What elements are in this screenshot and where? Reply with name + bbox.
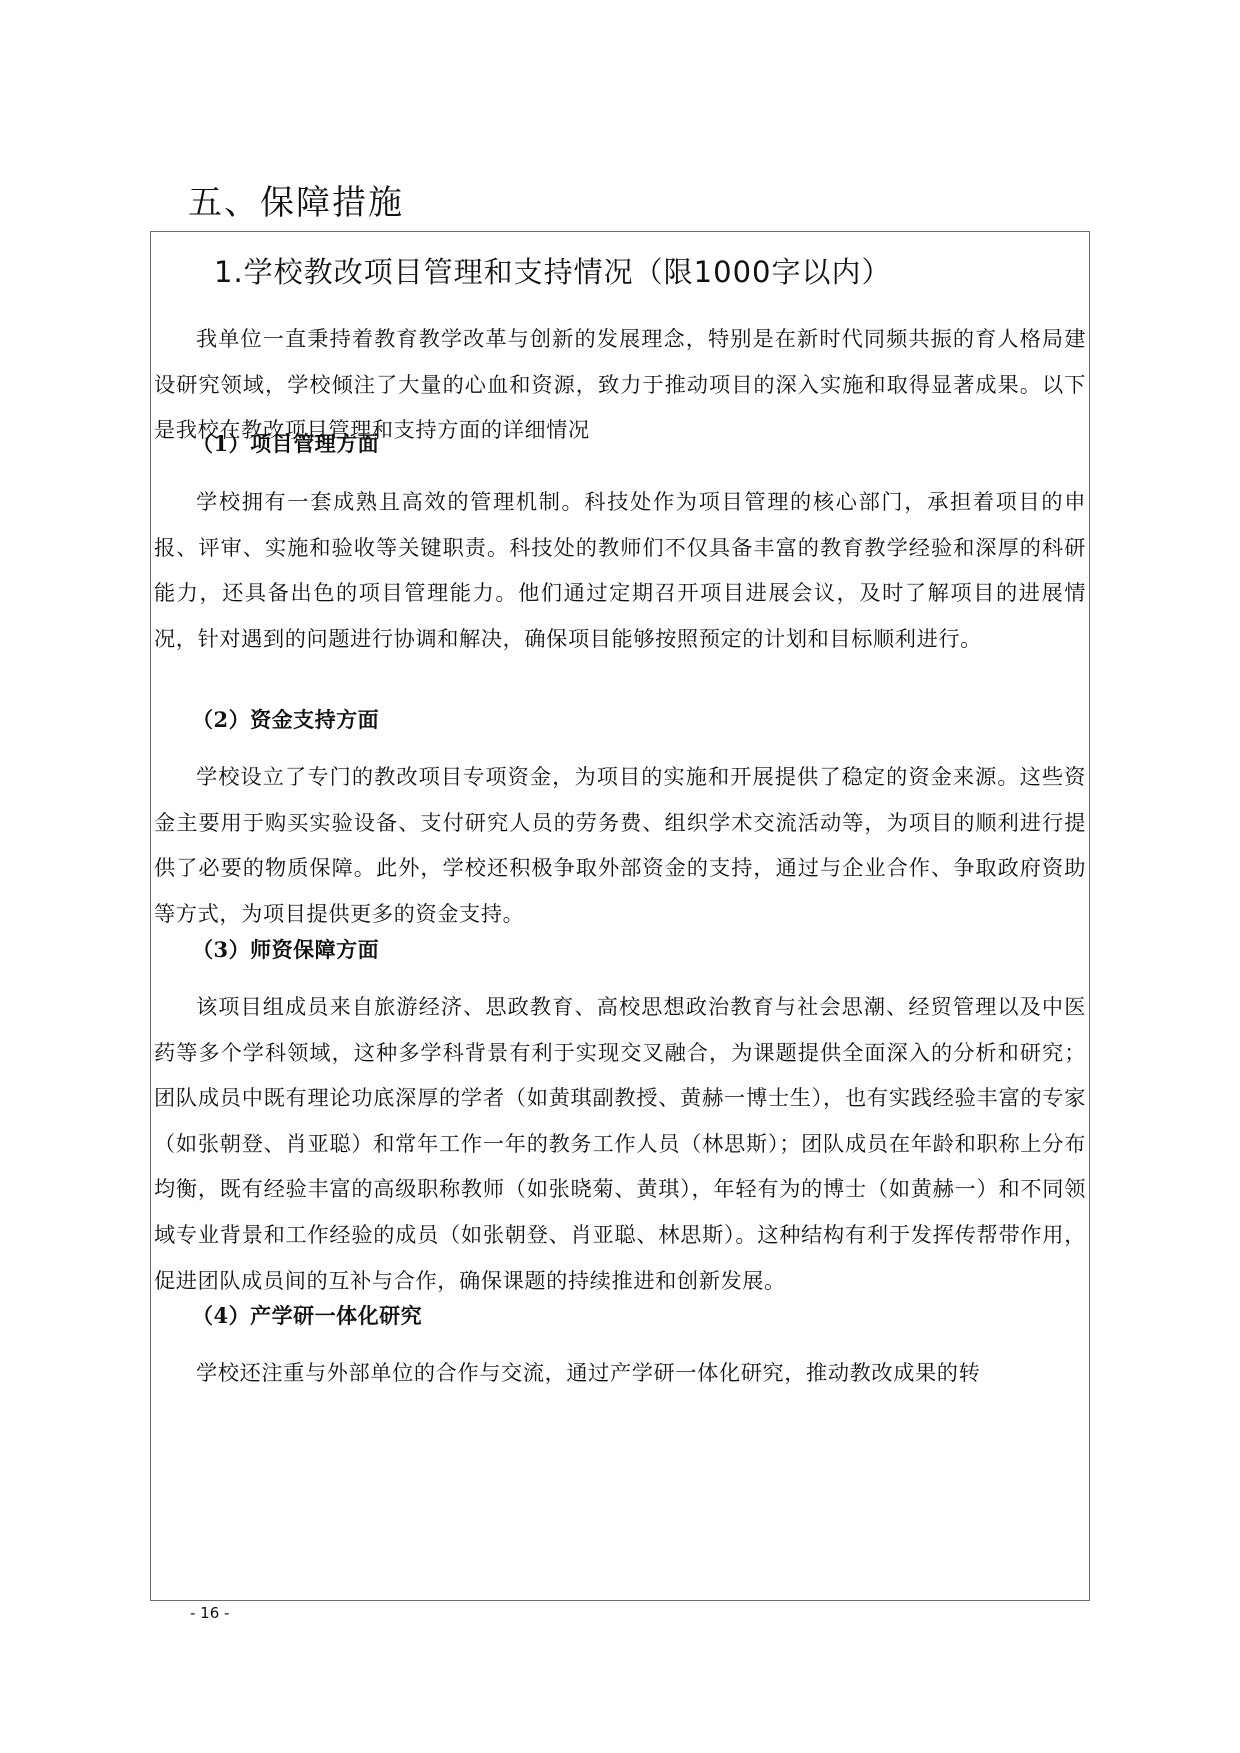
item-text-industry-research: 学校还注重与外部单位的合作与交流，通过产学研一体化研究，推动教改成果的转 xyxy=(154,1350,1086,1396)
item-text-faculty: 该项目组成员来自旅游经济、思政教育、高校思想政治教育与社会思潮、经贸管理以及中医… xyxy=(154,984,1086,1303)
item-text-project-management: 学校拥有一套成熟且高效的管理机制。科技处作为项目管理的核心部门，承担着项目的申报… xyxy=(154,479,1086,661)
item-heading-funding: （2）资金支持方面 xyxy=(192,704,379,734)
page-number: - 16 - xyxy=(190,1604,229,1622)
item-text-funding: 学校设立了专门的教改项目专项资金，为项目的实施和开展提供了稳定的资金来源。这些资… xyxy=(154,754,1086,936)
item-heading-industry-research: （4）产学研一体化研究 xyxy=(192,1300,422,1330)
item-heading-project-management: （1）项目管理方面 xyxy=(192,428,379,458)
section-title: 五、保障措施 xyxy=(188,180,404,226)
box-heading: 1.学校教改项目管理和支持情况（限1000字以内） xyxy=(214,250,891,291)
item-heading-faculty: （3）师资保障方面 xyxy=(192,934,379,964)
